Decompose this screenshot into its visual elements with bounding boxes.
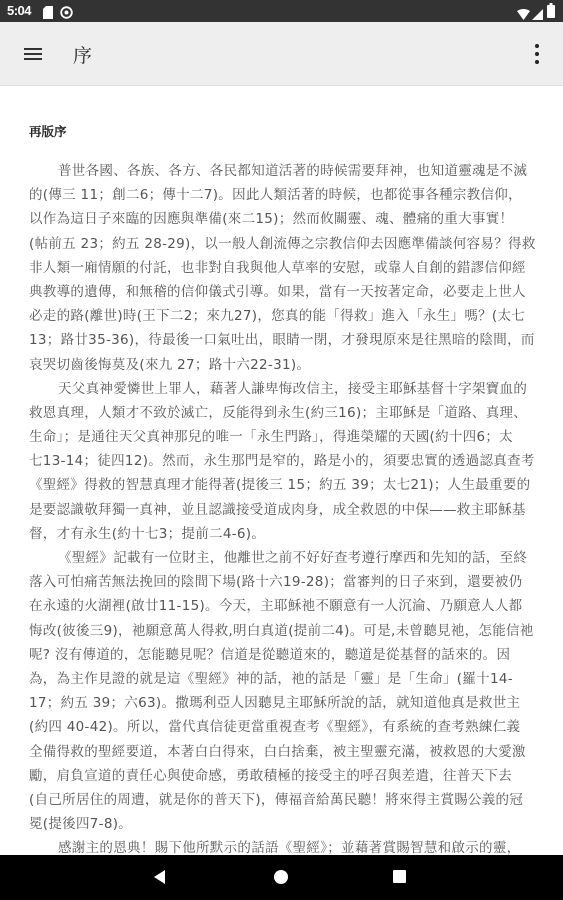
more-options-button[interactable]: [531, 42, 543, 66]
back-button[interactable]: [132, 855, 192, 900]
document-heading: 再版序: [29, 122, 67, 140]
document-line: 以作為這日子來臨的因應與準備(來二15)；然而攸關靈、魂、體痛的重大事實！: [29, 207, 539, 231]
document-line: 是要認識敬拜獨一真神，並且認識接受道成肉身，成全救恩的中保——救主耶穌基: [29, 498, 539, 522]
hamburger-menu-icon: [24, 48, 42, 50]
document-line: 冕(提後四7-8)。: [29, 812, 539, 836]
document-line: (帖前五 23；約五 28-29)，以一般人創流傳之宗教信仰去因應準備談何容易？…: [29, 232, 539, 256]
document-line: 13；路廿35-36)，待最後一口氣吐出，眼睛一閉，才發現原來是往黑暗的陰間，而: [29, 328, 539, 352]
document-line: 生命」；是通往天父真神那兒的唯一「永生門路」，得進榮耀的天國(約十四6；太: [29, 425, 539, 449]
more-vertical-icon: [535, 44, 539, 48]
document-line: 感謝主的恩典！賜下他所默示的話語《聖經》；並藉著賞賜智慧和啟示的靈，: [29, 836, 539, 855]
document-line: 《聖經》記載有一位財主，他離世之前不好好查考遵行摩西和先知的話，至終: [29, 546, 539, 570]
document-line: 在永遠的火湖裡(啟廿11-15)。今天，主耶穌祂不願意有一人沉淪、乃願意人人都: [29, 594, 539, 618]
document-line: 《聖經》得救的智慧真理才能得著(提後三 15；約五 39；太七21)；人生最重要…: [29, 473, 539, 497]
sd-card-icon: [43, 4, 53, 23]
hamburger-menu-button[interactable]: [20, 40, 48, 68]
document-line: 呢? 沒有傳道的，怎能聽見呢？信道是從聽道來的，聽道是從基督的話來的。因: [29, 643, 539, 667]
document-line: 落入可怕痛苦無法挽回的陰間下場(路十六19-28)；當審判的日子來到，還要被仍: [29, 570, 539, 594]
document-line: 非人類一廂情願的付託，也非對自我與他人草率的安慰，或靠人自創的錯謬信仰經: [29, 256, 539, 280]
app-bar: 序: [0, 22, 563, 86]
navigation-bar: [0, 855, 563, 900]
document-line: 勵，肩負宣道的責任心與使命感，勇敢積極的接受主的呼召與差遣，往普天下去: [29, 764, 539, 788]
status-bar: 5:04: [0, 0, 563, 22]
page-title: 序: [73, 41, 92, 68]
document-line: (約四 40-42)。所以，當代真信徒更當重視查考《聖經》，有系統的查考熟練仁義: [29, 715, 539, 739]
document-line: 普世各國、各族、各方、各民都知道活著的時候需要拜神，也知道靈魂是不滅: [29, 159, 539, 183]
document-line: 督，才有永生(約十七3；提前二4-6)。: [29, 522, 539, 546]
more-dot: [535, 52, 539, 56]
status-time: 5:04: [7, 3, 31, 18]
battery-icon: [547, 3, 555, 22]
document-body: 普世各國、各族、各方、各民都知道活著的時候需要拜神，也知道靈魂是不滅的(傳三 1…: [29, 159, 539, 855]
document-line: 七13-14；徒四12)。然而，永生那門是窄的，路是小的，須要忠實的透過認真查考: [29, 449, 539, 473]
document-line: 為，為主作見證的就是這《聖經》神的話，祂的話是「靈」是「生命」(羅十14-: [29, 667, 539, 691]
document-line: 17；約五 39；六63)。撒瑪利亞人因聽見主耶穌所說的話，就知道他真是救世主: [29, 691, 539, 715]
sync-icon: [60, 4, 73, 23]
document-content[interactable]: 再版序 普世各國、各族、各方、各民都知道活著的時候需要拜神，也知道靈魂是不滅的(…: [0, 86, 563, 855]
more-dot: [535, 60, 539, 64]
hamburger-line: [24, 53, 42, 55]
hamburger-line: [24, 58, 42, 60]
document-line: 救恩真理，人類才不致於滅亡，反能得到永生(約三16)；主耶穌是「道路、真理、: [29, 401, 539, 425]
document-line: 全備得救的聖經要道，本著白白得來，白白捨棄，被主聖靈充滿，被救恩的大愛激: [29, 740, 539, 764]
document-line: 天父真神愛憐世上罪人，藉著人謙卑悔改信主，接受主耶穌基督十字架寶血的: [29, 377, 539, 401]
home-button[interactable]: [251, 855, 311, 900]
home-circle-icon: [274, 870, 288, 884]
document-line: (自己所居住的周遭，就是你的普天下)，傳福音給萬民聽！將來得主賞賜公義的冠: [29, 788, 539, 812]
document-line: 必走的路(離世)時(王下二2；來九27)，您真的能「得救」進入「永生」嗎？(太七: [29, 304, 539, 328]
recents-button[interactable]: [370, 855, 430, 900]
document-line: 悔改(彼後三9)，祂願意萬人得救,明白真道(提前二4)。可是,未曾聽見祂，怎能信…: [29, 619, 539, 643]
document-line: 典教導的遺傳，和無稽的信仰儀式引導。如果，當有一天按著定命，必要走上世人: [29, 280, 539, 304]
document-line: 哀哭切齒後悔莫及(來九 27；路十六22-31)。: [29, 353, 539, 377]
document-line: 的(傳三 11；創二6；傳十二7)。因此人類活著的時候，也都從事各種宗教信仰，: [29, 183, 539, 207]
back-triangle-icon: [154, 870, 165, 884]
recents-square-icon: [393, 870, 406, 883]
